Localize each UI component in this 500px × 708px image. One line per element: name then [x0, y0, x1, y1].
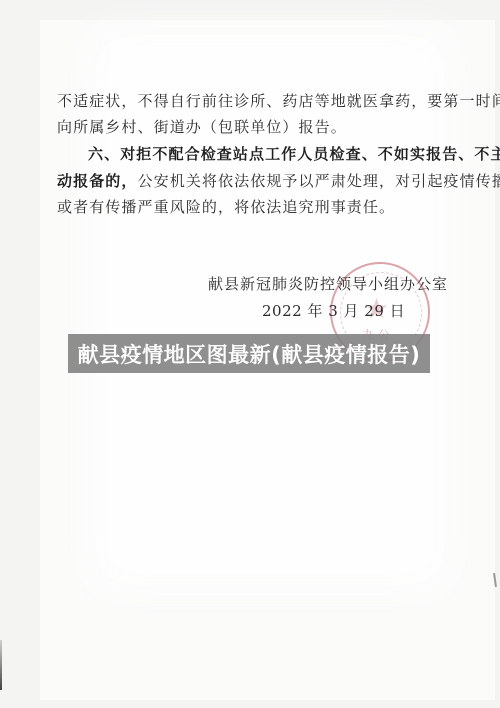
section-six-line: 或者有传播严重风险的，将依法追究刑事责任。 [57, 198, 395, 216]
title-overlay-banner: 献县疫情地区图最新(献县疫情报告) [68, 334, 430, 373]
scan-edge-mark [0, 640, 2, 690]
issuer-signature: 献县新冠肺炎防控领导小组办公室 [208, 275, 448, 293]
issue-date: 2022 年 3 月 29 日 [262, 302, 405, 320]
overlay-title: 献县疫情地区图最新(献县疫情报告) [78, 339, 421, 369]
paragraph-line: 向所属乡村、街道办（包联单位）报告。 [57, 118, 347, 136]
section-six-text: 公安机关将依法依规予以严肃处理，对引起疫情传播 [138, 172, 500, 190]
paragraph-line: 不适症状，不得自行前往诊所、药店等地就医拿药，要第一时间 [57, 92, 500, 110]
section-six-bold-tail: 动报备的， [57, 172, 138, 190]
section-six-line: 动报备的，公安机关将依法依规予以严肃处理，对引起疫情传播 [57, 172, 500, 190]
section-six-heading: 六、对拒不配合检查站点工作人员检查、不如实报告、不主 [88, 145, 500, 163]
